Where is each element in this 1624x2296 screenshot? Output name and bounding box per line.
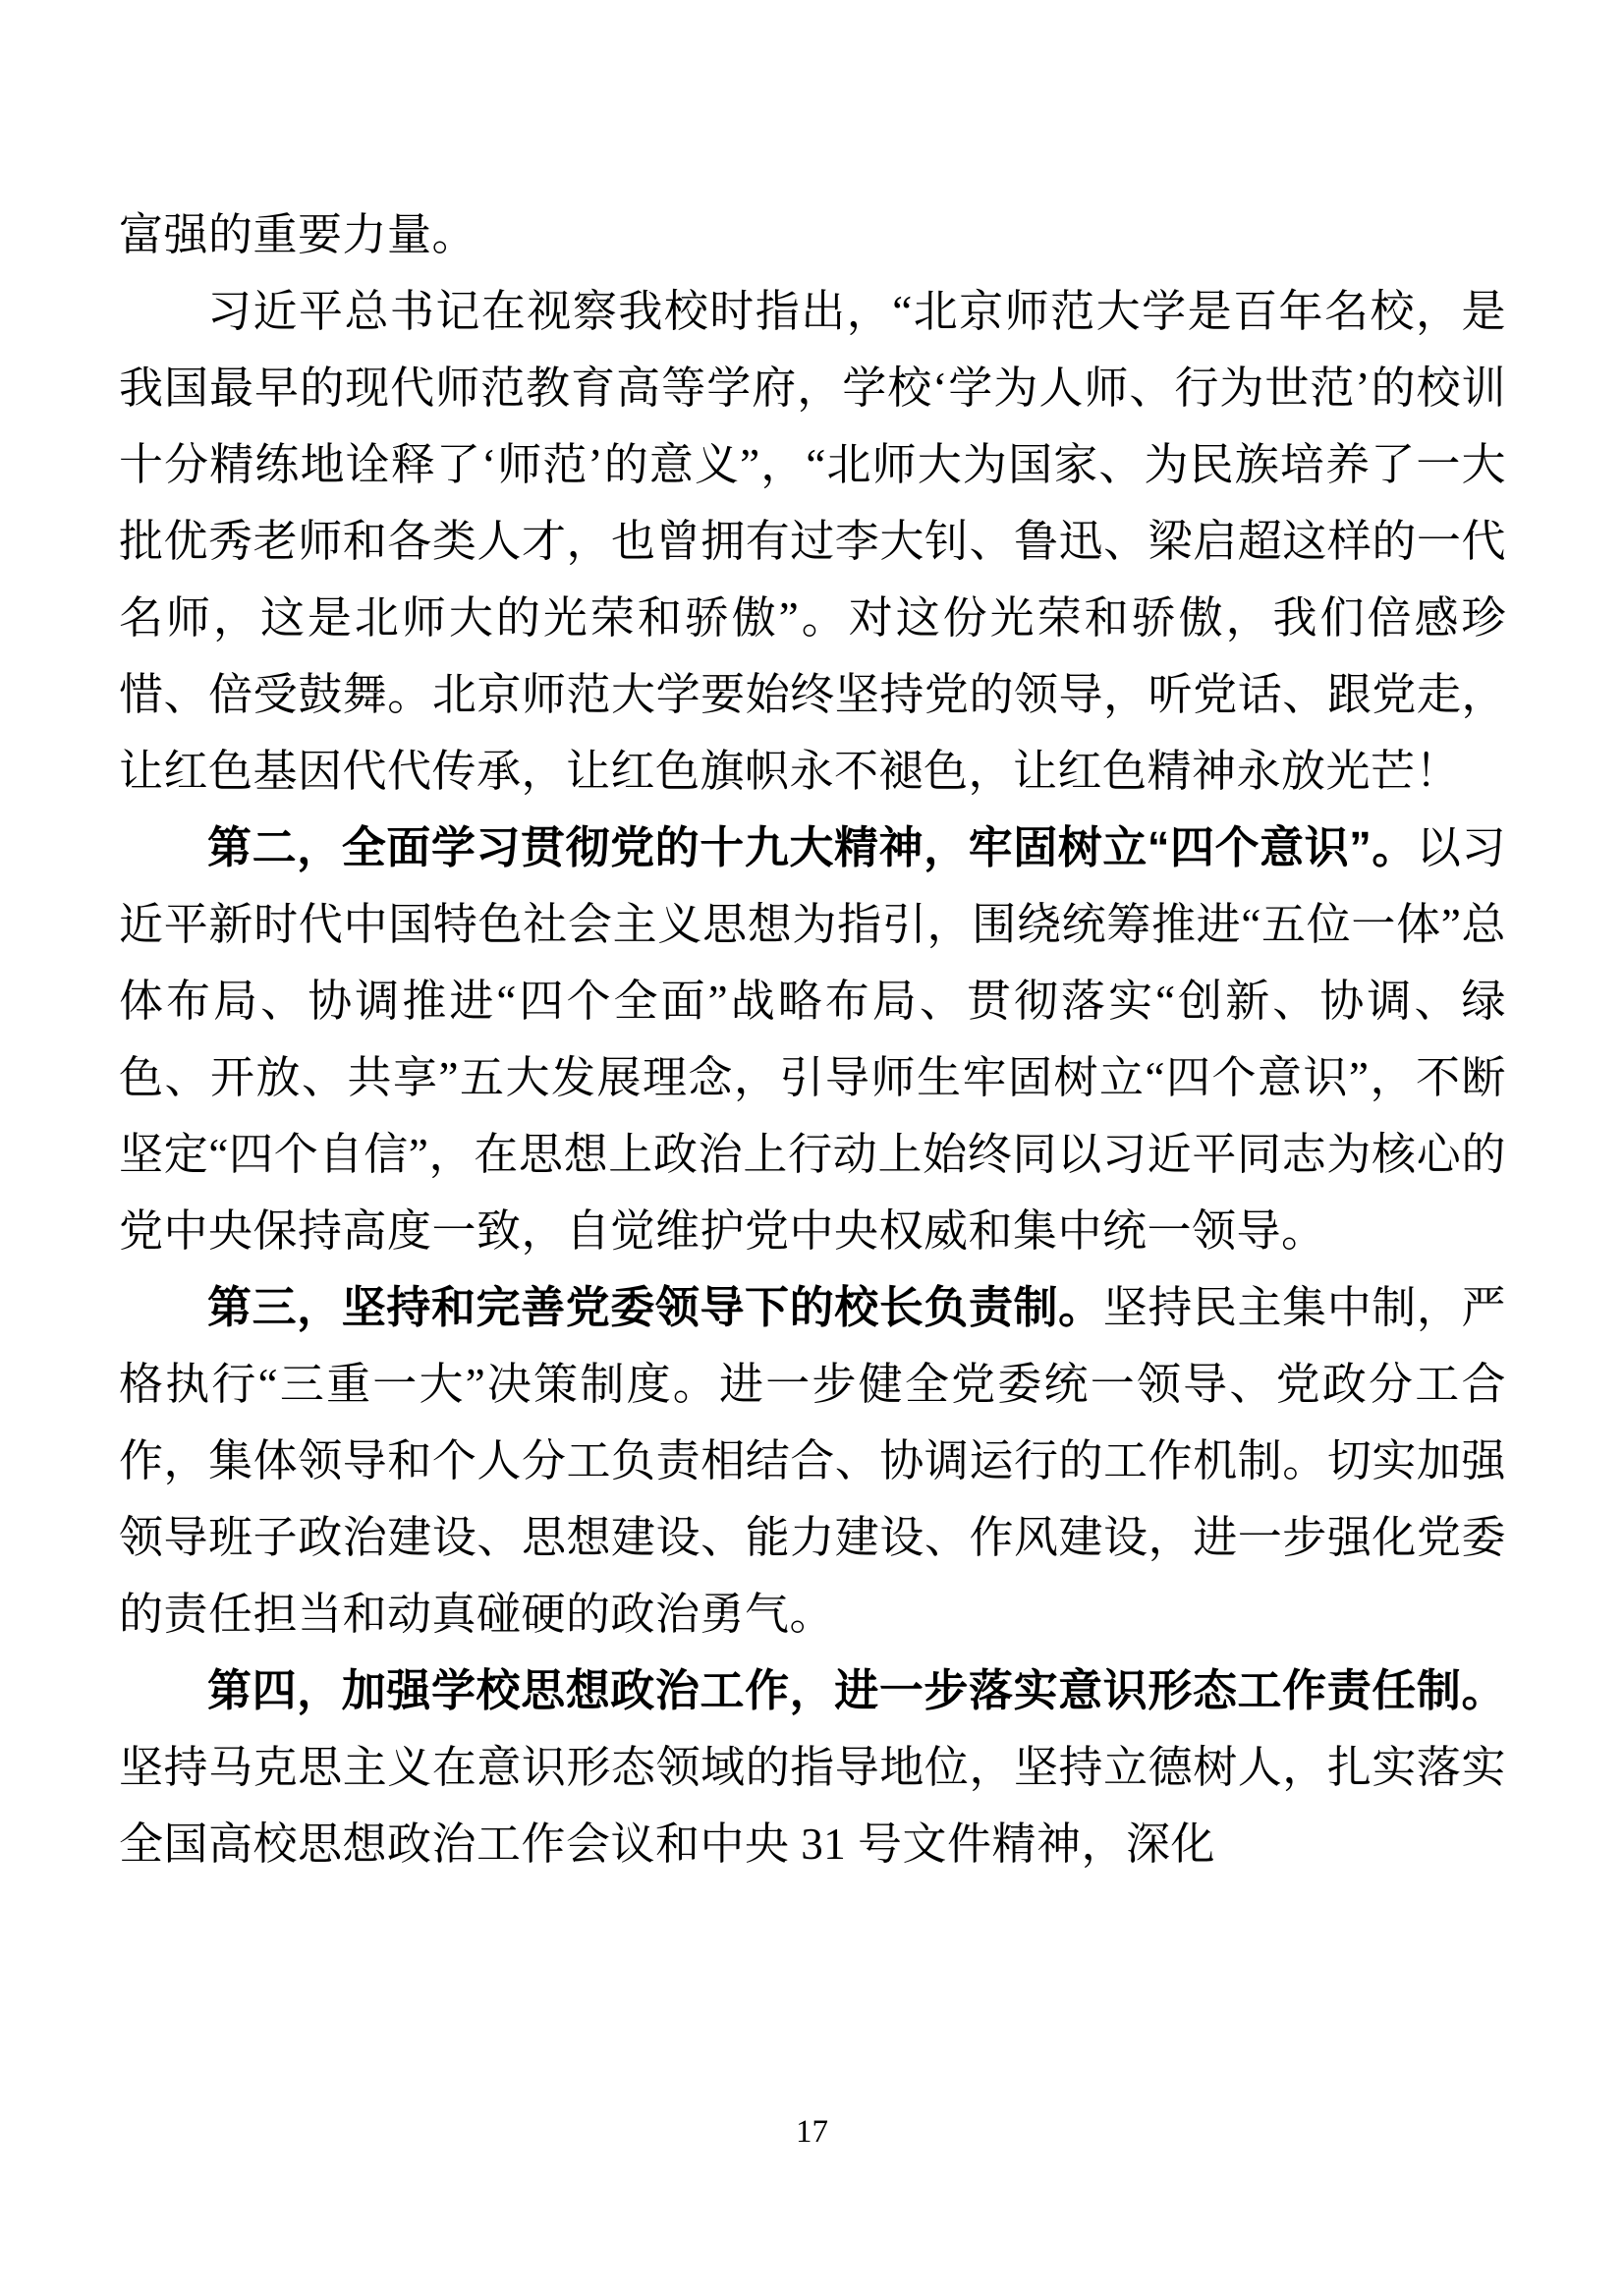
page-number: 17: [0, 2112, 1624, 2152]
paragraph: 习近平总书记在视察我校时指出，“北京师范大学是百年名校，是我国最早的现代师范教育…: [119, 273, 1506, 810]
paragraph: 富强的重要力量。: [119, 196, 1506, 273]
paragraph-bold-lead: 第二，全面学习贯彻党的十九大精神，牢固树立“四个意识”。: [207, 822, 1417, 872]
paragraph-text: 富强的重要力量。: [119, 210, 476, 259]
paragraph-bold-lead: 第三，坚持和完善党委领导下的校长负责制。: [207, 1282, 1103, 1332]
paragraph: 第四，加强学校思想政治工作，进一步落实意识形态工作责任制。坚持马克思主义在意识形…: [119, 1652, 1506, 1882]
paragraph-text: 以习近平新时代中国特色社会主义思想为指引，围绕统筹推进“五位一体”总体布局、协调…: [119, 823, 1506, 1256]
document-page: 富强的重要力量。 习近平总书记在视察我校时指出，“北京师范大学是百年名校，是我国…: [0, 0, 1624, 2296]
paragraph: 第三，坚持和完善党委领导下的校长负责制。坚持民主集中制，严格执行“三重一大”决策…: [119, 1269, 1506, 1652]
paragraph: 第二，全面学习贯彻党的十九大精神，牢固树立“四个意识”。以习近平新时代中国特色社…: [119, 810, 1506, 1269]
paragraph-text: 坚持马克思主义在意识形态领域的指导地位，坚持立德树人，扎实落实全国高校思想政治工…: [119, 1743, 1506, 1869]
paragraph-text: 习近平总书记在视察我校时指出，“北京师范大学是百年名校，是我国最早的现代师范教育…: [119, 287, 1506, 796]
document-body: 富强的重要力量。 习近平总书记在视察我校时指出，“北京师范大学是百年名校，是我国…: [119, 196, 1506, 1882]
paragraph-text: 坚持民主集中制，严格执行“三重一大”决策制度。进一步健全党委统一领导、党政分工合…: [119, 1283, 1506, 1639]
paragraph-bold-lead: 第四，加强学校思想政治工作，进一步落实意识形态工作责任制。: [207, 1665, 1506, 1715]
